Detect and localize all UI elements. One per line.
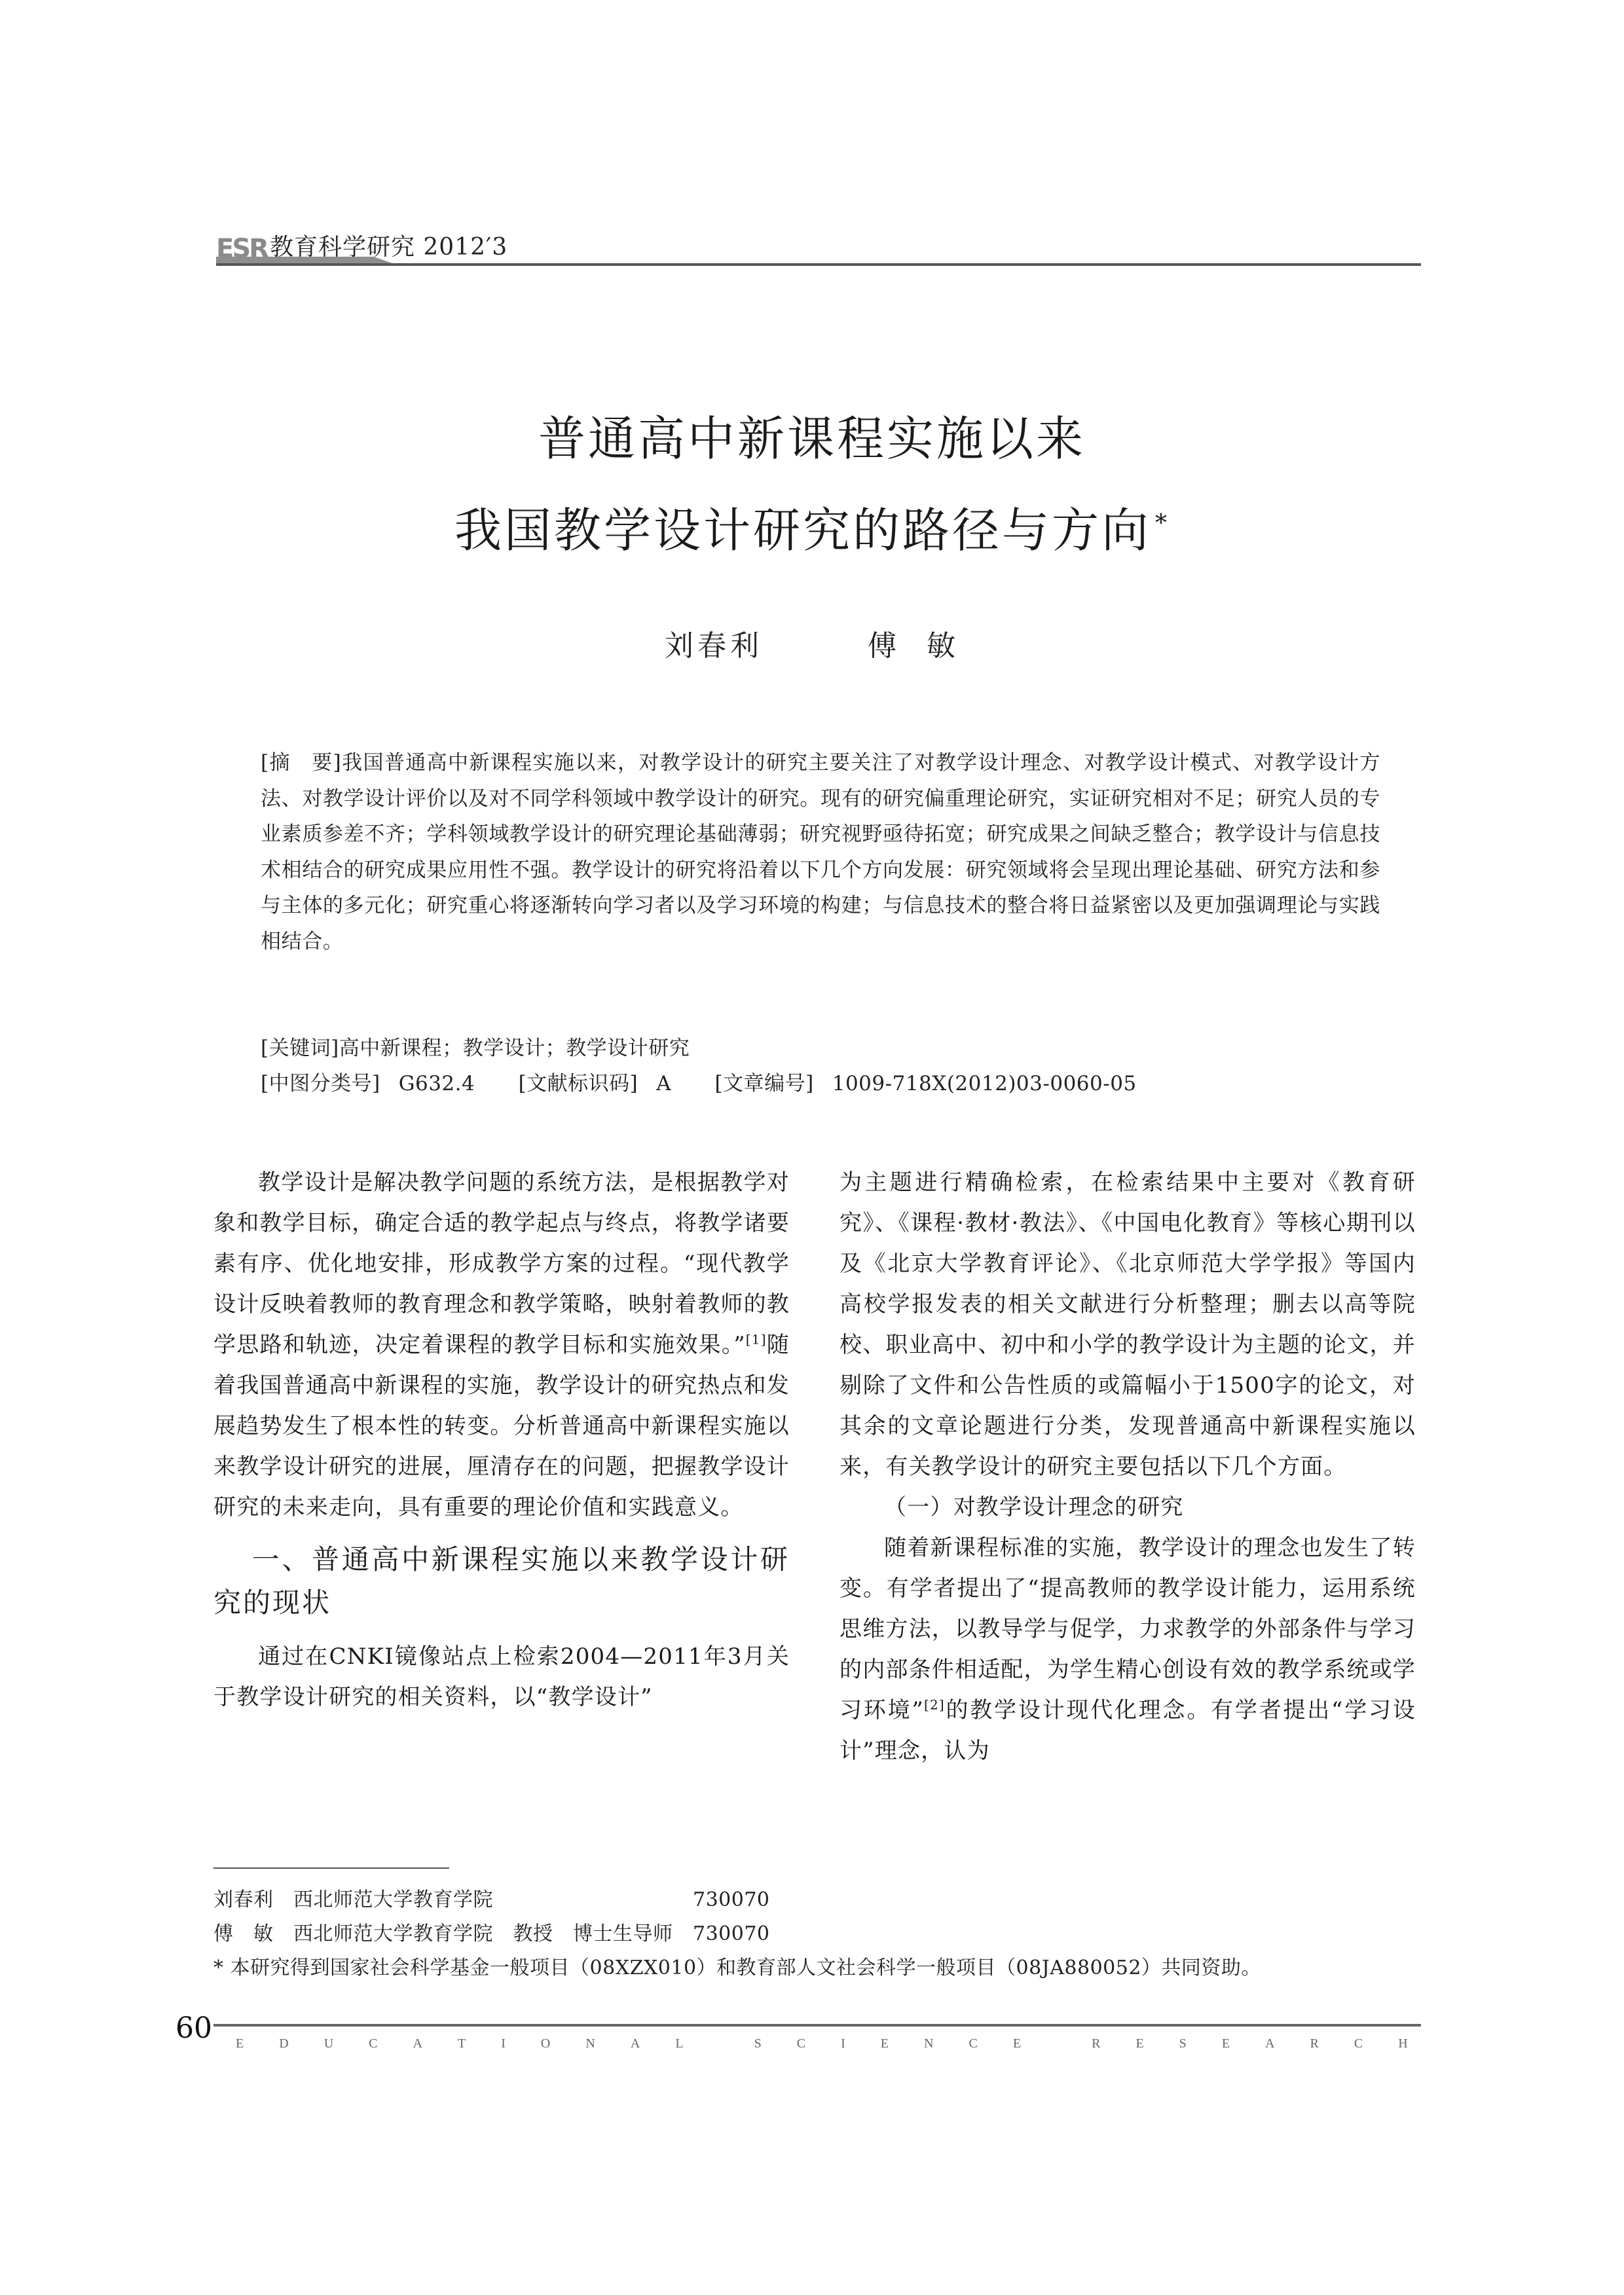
concept-paragraph: 随着新课程标准的实施，教学设计的理念也发生了转变。有学者提出了“提高教师的教学设… (840, 1528, 1416, 1771)
footnote-author-2: 傅 敏 西北师范大学教育学院 教授 博士生导师 730070 (213, 1921, 770, 1947)
section-heading-1: 一、普通高中新课程实施以来教学设计研究的现状 (213, 1538, 790, 1625)
footer-journal-name: E D U C A T I O N A L S C I E N C E R E … (236, 2036, 1408, 2051)
footer-rule (213, 2024, 1421, 2027)
page-number: 60 (175, 2011, 212, 2045)
doc-code-label: [文献标识码] (519, 1072, 638, 1095)
intro-paragraph: 教学设计是解决教学问题的系统方法，是根据教学对象和教学目标，确定合适的教学起点与… (213, 1162, 790, 1528)
citation-2[interactable]: [2] (924, 1697, 945, 1713)
footnote-funding: * 本研究得到国家社会科学基金一般项目（08XZX010）和教育部人文社会科学一… (213, 1955, 1261, 1981)
article-no-label: [文章编号] (715, 1072, 814, 1095)
citation-1[interactable]: [1] (746, 1332, 767, 1348)
subsection-heading-1: （一）对教学设计理念的研究 (840, 1487, 1416, 1528)
article-no-value: 1009-718X(2012)03-0060-05 (832, 1072, 1137, 1095)
clc-value: G632.4 (399, 1072, 475, 1095)
journal-issue: 2012′3 (423, 234, 507, 261)
classification-line: [中图分类号]G632.4 [文献标识码]A [文章编号]1009-718X(2… (261, 1066, 1173, 1101)
footnote-author-1: 刘春利 西北师范大学教育学院 730070 (213, 1887, 770, 1913)
author-list: 刘春利 傅 敏 (0, 622, 1624, 664)
running-head: ESR 教育科学研究 2012′3 (216, 223, 507, 262)
method-paragraph-continued: 为主题进行精确检索，在检索结果中主要对《教育研究》、《课程·教材·教法》、《中国… (840, 1162, 1416, 1487)
keywords: [关键词]高中新课程；教学设计；教学设计研究 (261, 1031, 708, 1066)
abstract-label: [摘 要] (261, 751, 341, 775)
author-1: 刘春利 (665, 629, 763, 663)
title-footnote-mark: * (1155, 510, 1170, 537)
footnote-divider (213, 1867, 449, 1869)
author-2: 傅 敏 (868, 629, 959, 663)
abstract: [摘 要]我国普通高中新课程实施以来，对教学设计的研究主要关注了对教学设计理念、… (261, 745, 1380, 959)
keywords-text: 高中新课程；教学设计；教学设计研究 (339, 1037, 690, 1060)
body-column-right: 为主题进行精确检索，在检索结果中主要对《教育研究》、《课程·教材·教法》、《中国… (840, 1162, 1416, 1771)
abstract-text: 我国普通高中新课程实施以来，对教学设计的研究主要关注了对教学设计理念、对教学设计… (261, 751, 1380, 953)
journal-title: 教育科学研究 (270, 234, 415, 261)
title-line-2: 我国教学设计研究的路径与方向* (0, 485, 1624, 576)
article-title: 普通高中新课程实施以来 我国教学设计研究的路径与方向* (0, 393, 1624, 576)
doc-code-value: A (656, 1072, 671, 1095)
method-paragraph: 通过在CNKI镜像站点上检索2004—2011年3月关于教学设计研究的相关资料，… (213, 1636, 790, 1717)
keywords-label: [关键词] (261, 1037, 339, 1060)
header-rule (216, 263, 1421, 266)
body-column-left: 教学设计是解决教学问题的系统方法，是根据教学对象和教学目标，确定合适的教学起点与… (213, 1162, 790, 1717)
title-line-1: 普通高中新课程实施以来 (0, 393, 1624, 485)
clc-label: [中图分类号] (261, 1072, 380, 1095)
